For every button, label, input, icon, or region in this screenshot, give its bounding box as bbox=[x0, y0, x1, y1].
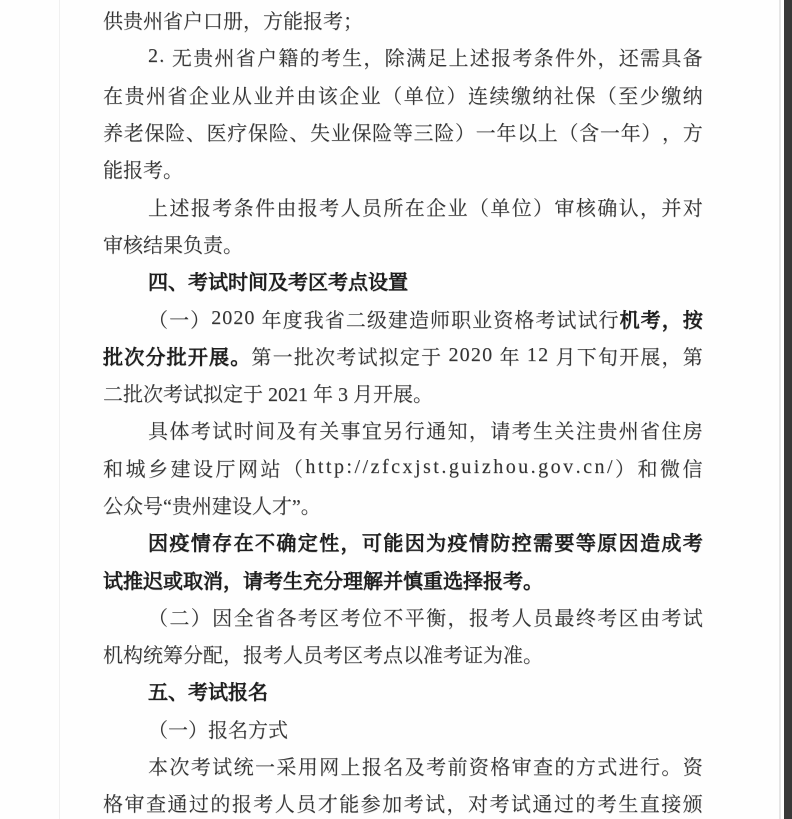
scan-artifact-left-rule bbox=[59, 0, 60, 819]
text-line: （二）因全省各考区考位不平衡，报考人员最终考区由考试 bbox=[103, 598, 703, 635]
text-line: 在贵州省企业从业并由该企业（单位）连续缴纳社保（至少缴纳 bbox=[103, 76, 703, 113]
text-line: 能报考。 bbox=[103, 150, 703, 187]
text-line: 试推迟或取消，请考生充分理解并慎重选择报考。 bbox=[103, 560, 703, 597]
text-line: 养老保险、医疗保险、失业保险等三险）一年以上（含一年），方 bbox=[103, 113, 703, 150]
text-line: 和城乡建设厅网站（http://zfcxjst.guizhou.gov.cn/）… bbox=[103, 449, 703, 486]
text-line: 供贵州省户口册，方能报考； bbox=[103, 1, 703, 38]
text-line: 批次分批开展。第一批次考试拟定于 2020 年 12 月下旬开展，第 bbox=[103, 337, 703, 374]
text-line: 审核结果负责。 bbox=[103, 225, 703, 262]
text-line: （一）报名方式 bbox=[103, 710, 703, 747]
document-page: 供贵州省户口册，方能报考；2. 无贵州省户籍的考生，除满足上述报考条件外，还需具… bbox=[0, 0, 792, 819]
text-line: 因疫情存在不确定性，可能因为疫情防控需要等原因造成考 bbox=[103, 523, 703, 560]
scan-artifact-light-edge bbox=[779, 0, 781, 819]
text-line: 具体考试时间及有关事宜另行通知，请考生关注贵州省住房 bbox=[103, 411, 703, 448]
text-line: （一）2020 年度我省二级建造师职业资格考试试行机考，按 bbox=[103, 299, 703, 336]
text-line: 机构统筹分配，报考人员考区考点以准考证为准。 bbox=[103, 635, 703, 672]
text-line: 格审查通过的报考人员才能参加考试，对考试通过的考生直接颁 bbox=[103, 784, 703, 819]
text-line: 2. 无贵州省户籍的考生，除满足上述报考条件外，还需具备 bbox=[103, 38, 703, 75]
heading-line: 五、考试报名 bbox=[103, 672, 703, 709]
text-line: 二批次考试拟定于 2021 年 3 月开展。 bbox=[103, 374, 703, 411]
document-text-block: 供贵州省户口册，方能报考；2. 无贵州省户籍的考生，除满足上述报考条件外，还需具… bbox=[103, 1, 703, 819]
scan-artifact-dark-edge bbox=[784, 0, 792, 819]
text-line: 上述报考条件由报考人员所在企业（单位）审核确认，并对 bbox=[103, 187, 703, 224]
text-line: 本次考试统一采用网上报名及考前资格审查的方式进行。资 bbox=[103, 747, 703, 784]
text-line: 公众号“贵州建设人才”。 bbox=[103, 486, 703, 523]
heading-line: 四、考试时间及考区考点设置 bbox=[103, 262, 703, 299]
